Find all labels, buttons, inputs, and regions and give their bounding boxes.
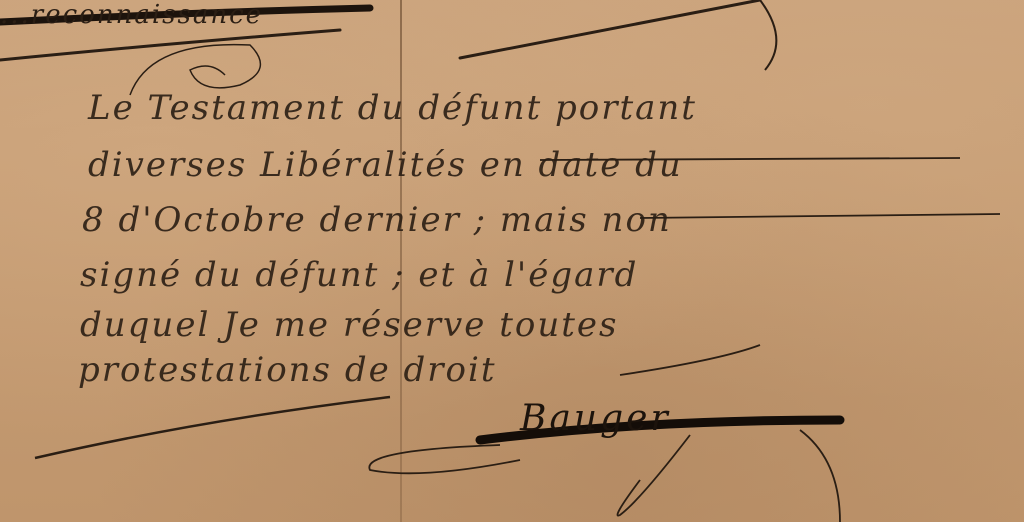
struck-header-fragment: ...reconnaissance	[0, 0, 263, 30]
manuscript-line-5: duquel Je me réserve toutes	[80, 305, 618, 345]
signature: Bauger	[520, 398, 671, 439]
manuscript-line-1: Le Testament du défunt portant	[88, 88, 697, 128]
manuscript-line-2: diverses Libéralités en date du	[88, 145, 683, 185]
manuscript-line-6: protestations de droit	[78, 350, 497, 390]
manuscript-line-4: signé du défunt ; et à l'égard	[80, 255, 638, 295]
manuscript-line-3: 8 d'Octobre dernier ; mais non	[82, 200, 672, 240]
